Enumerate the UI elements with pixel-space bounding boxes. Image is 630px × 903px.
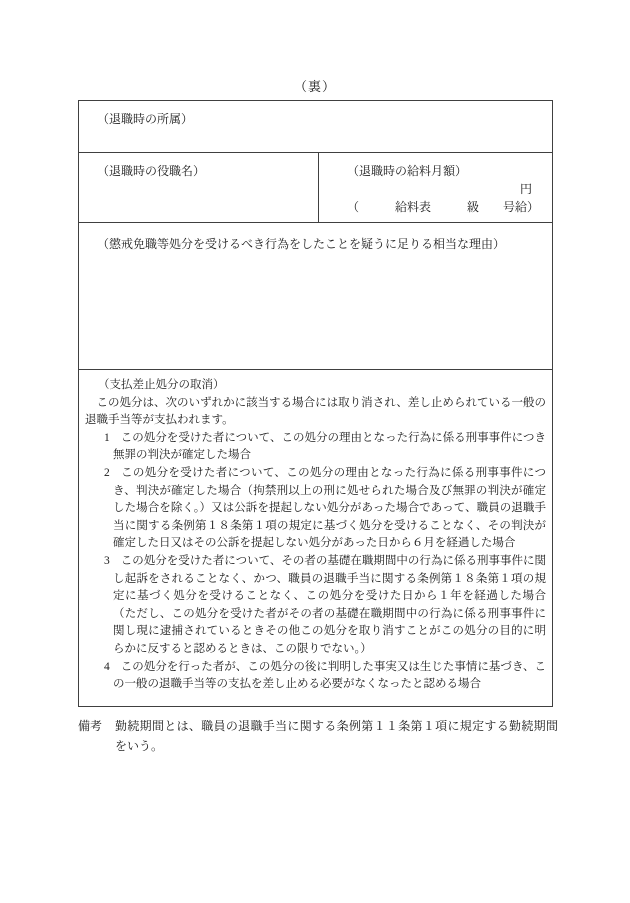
cancellation-item-4: 4この処分を行った者が、この処分の後に判明した事実又は生じた事情に基づき、この一… <box>85 659 546 694</box>
reason-label: （懲戒免職等処分を受けるべき行為をしたことを疑うに足りる相当な理由） <box>97 237 505 251</box>
position-salary-row: （退職時の役職名） （退職時の給料月額） 円 （ 給料表 級 号給） <box>79 153 552 223</box>
item-number: 1 <box>104 432 110 444</box>
affiliation-label: （退職時の所属） <box>97 112 193 126</box>
document-page: { "page": { "title": "（裏）" }, "table": {… <box>0 0 630 903</box>
reason-cell: （懲戒免職等処分を受けるべき行為をしたことを疑うに足りる相当な理由） <box>79 223 552 370</box>
remarks: 備考 勤続期間とは、職員の退職手当に関する条例第１１条第１項に規定する勤続期間を… <box>78 716 558 756</box>
remarks-label: 備考 <box>78 716 103 756</box>
cancellation-cell: （支払差止処分の取消） この処分は、次のいずれかに該当する場合には取り消され、差… <box>79 370 552 706</box>
item-text: この処分を行った者が、この処分の後に判明した事実又は生じた事情に基づき、この一般… <box>113 661 546 691</box>
page-title: （裏） <box>0 76 630 95</box>
cancellation-heading: （支払差止処分の取消） <box>98 377 546 395</box>
remarks-text: 勤続期間とは、職員の退職手当に関する条例第１１条第１項に規定する勤続期間をいう。 <box>115 716 558 756</box>
cancellation-item-2: 2この処分を受けた者について、この処分の理由となった行為に係る刑事事件につき、判… <box>85 465 546 553</box>
item-text: この処分を受けた者について、その者の基礎在職期間中の行為に係る刑事事件に関し起訴… <box>113 555 546 655</box>
position-label: （退職時の役職名） <box>97 164 205 178</box>
cancellation-intro: この処分は、次のいずれかに該当する場合には取り消され、差し止められている一般の退… <box>85 395 546 430</box>
affiliation-cell: （退職時の所属） <box>79 101 552 153</box>
item-number: 4 <box>104 661 110 673</box>
salary-cell: （退職時の給料月額） 円 （ 給料表 級 号給） <box>319 153 552 222</box>
salary-grade-line: （ 給料表 級 号給） <box>347 198 540 215</box>
item-text: この処分を受けた者について、この処分の理由となった行為に係る刑事事件につき無罪の… <box>113 432 546 462</box>
item-number: 2 <box>104 467 110 479</box>
item-number: 3 <box>104 555 110 567</box>
cancellation-item-3: 3この処分を受けた者について、その者の基礎在職期間中の行為に係る刑事事件に関し起… <box>85 553 546 659</box>
cancellation-item-1: 1この処分を受けた者について、この処分の理由となった行為に係る刑事事件につき無罪… <box>85 430 546 465</box>
salary-yen-unit: 円 <box>520 180 540 197</box>
form-table: （退職時の所属） （退職時の役職名） （退職時の給料月額） 円 （ 給料表 級 … <box>78 100 553 707</box>
item-text: この処分を受けた者について、この処分の理由となった行為に係る刑事事件につき、判決… <box>113 467 546 549</box>
salary-label: （退職時の給料月額） <box>347 162 540 179</box>
position-cell: （退職時の役職名） <box>79 153 319 222</box>
